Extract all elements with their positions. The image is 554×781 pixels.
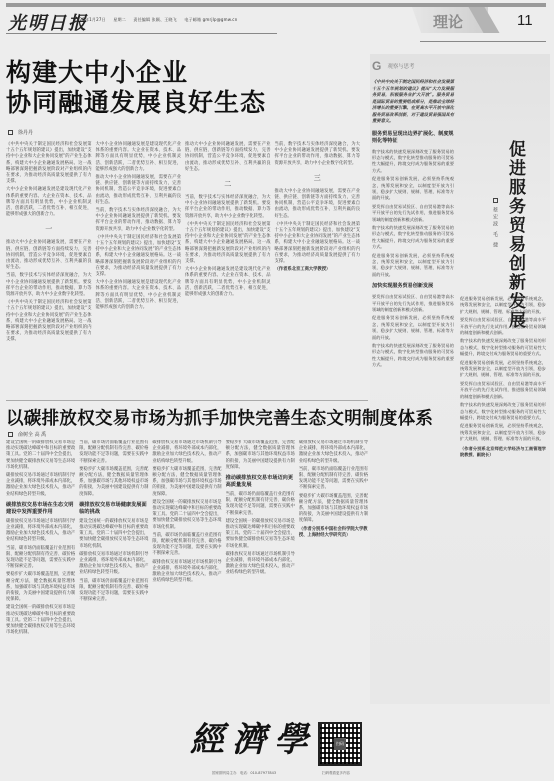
sidebar-column-left: G 观察与思考 《中共中央关于制定国民经济和社会发展第十五个五年规划的建议》提出… bbox=[372, 55, 454, 369]
column-header: G 观察与思考 bbox=[372, 55, 454, 74]
header-divider bbox=[142, 33, 277, 34]
paragraph: 当前，碳市场仍面临覆盖行业范围有限、配额分配机制有待完善、碳价格发现功能不足等问… bbox=[226, 492, 295, 517]
paragraph: 大中小企业协同融通发展是建设现代化产业体系的重要内容。大企业在资本、技术、品牌等… bbox=[96, 280, 182, 311]
article-second-subhead: 推动碳排放权交易市场迈向更高质量发展 bbox=[226, 475, 295, 489]
header-divider bbox=[6, 33, 142, 34]
paragraph: 促进服务贸易创新发展，必须坚持系统观念，统筹发展和安全，以制度型开放为引领，稳步… bbox=[460, 423, 546, 442]
paragraph: 要稳步扩大碳市场覆盖范围，完善配额分配方法，健全数据质量管理体系，加强碳市场与其… bbox=[152, 467, 221, 498]
section-label: 理论 bbox=[433, 11, 463, 32]
column-logo-icon: G bbox=[372, 59, 381, 73]
article-main: 构建大中小企业 协同融通发展良好生态 徐丹丹 《中共中央关于制定国民经济和社会发… bbox=[6, 50, 360, 396]
qr-caption: 扫码观看更多内容 bbox=[322, 771, 350, 776]
paragraph: 当前，碳市场仍面临覆盖行业范围有限、配额分配机制有待完善、碳价格发现功能不足等问… bbox=[152, 533, 221, 558]
paragraph: 当前，数字技术与实体经济深度融合，为大中小企业协同融通发展提供了新契机。要发挥平… bbox=[6, 273, 92, 298]
paragraph: 《中共中央关于制定国民经济和社会发展第十五个五年规划的建议》提出，加快建设“支持… bbox=[6, 142, 92, 185]
paragraph: 大中小企业协同融通发展是建设现代化产业体系的重要内容。大企业在资本、技术、品牌等… bbox=[96, 142, 182, 173]
paragraph: 建设全国统一的碳排放权交易市场是推动实现碳达峰碳中和目标的重要政策工具。党的二十… bbox=[226, 519, 295, 550]
column-name: 观察与思考 bbox=[387, 64, 414, 70]
issue-editors: 责任编辑 张颖、王晓飞 bbox=[133, 17, 176, 22]
sidebar-column-right: 促进服务贸易创新发展，必须坚持系统观念，统筹发展和安全，以制度型开放为引领，稳步… bbox=[460, 296, 546, 458]
paragraph: 促进服务贸易创新发展，必须坚持系统观念，统筹发展和安全，以制度型开放为引领，稳步… bbox=[372, 253, 454, 279]
author-note: （作者系北京工商大学教授） bbox=[275, 267, 361, 273]
paragraph: 碳排放权交易市场通过市场机制引导企业减排，将环境外部成本内部化，激励企业加大绿色… bbox=[6, 519, 75, 544]
banner-title: 經濟學 bbox=[190, 712, 316, 761]
sidebar-subhead: 服务贸易呈现出边界扩展化、制度规则化等特征 bbox=[372, 131, 454, 145]
paragraph: 当前，碳市场仍面临覆盖行业范围有限、配额分配机制有待完善、碳价格发现功能不足等问… bbox=[79, 579, 148, 604]
paragraph: 大中小企业协同融通发展是建设现代化产业体系的重要内容。大企业在资本、技术、品牌等… bbox=[185, 267, 271, 298]
paragraph: 数字技术的快速发展深刻改变了服务贸易的形态与模式，数字化转型推动服务的可贸易性大… bbox=[372, 343, 454, 369]
paragraph: 要发挥自由贸易试验区、自由贸易港等高水平开放平台的先行先试作用，推进服务贸易领域… bbox=[372, 294, 454, 313]
paragraph: 碳排放权交易市场通过市场机制引导企业减排，将环境外部成本内部化，激励企业加大绿色… bbox=[152, 440, 221, 465]
section-number: 二 bbox=[185, 179, 271, 189]
issue-date: 2025年1月27日 bbox=[74, 17, 106, 22]
paragraph: 推动大中小企业协同融通发展，需要在产业链、供应链、创新链等方面持续发力，完善协同… bbox=[185, 142, 271, 173]
article-main-columns: 《中共中央关于制定国民经济和社会发展第十五个五年规划的建议》提出，加快建设“支持… bbox=[6, 142, 360, 396]
paragraph: 当前，数字技术与实体经济深度融合，为大中小企业协同融通发展提供了新契机。要发挥平… bbox=[185, 195, 271, 220]
issue-meta: 2025年1月27日 星期二 责任编辑 张颖、王晓飞 电子邮箱 gmrjlp@g… bbox=[74, 17, 243, 23]
article-second-subhead: 碳排放权交易市场在生态文明建设中发挥重要作用 bbox=[6, 502, 75, 516]
paragraph: 建设全国统一的碳排放权交易市场是推动实现碳达峰碳中和目标的重要政策工具。党的二十… bbox=[6, 440, 75, 471]
paragraph: 碳排放权交易市场通过市场机制引导企业减排，将环境外部成本内部化，激励企业加大绿色… bbox=[226, 552, 295, 577]
section-number: 三 bbox=[275, 173, 361, 183]
paragraph: 当前，数字技术与实体经济深度融合，为大中小企业协同融通发展提供了新契机。要发挥平… bbox=[275, 142, 361, 167]
paragraph: 推动大中小企业协同融通发展，需要在产业链、供应链、创新链等方面持续发力，完善协同… bbox=[96, 175, 182, 206]
paragraph: 数字技术的快速发展深刻改变了服务贸易的形态与模式，数字化转型推动服务的可贸易性大… bbox=[460, 338, 546, 357]
paragraph: 建设全国统一的碳排放权交易市场是推动实现碳达峰碳中和目标的重要政策工具。党的二十… bbox=[6, 605, 75, 636]
paragraph: 要稳步扩大碳市场覆盖范围，完善配额分配方法，健全数据质量管理体系，加强碳市场与其… bbox=[226, 440, 295, 471]
article-second-headline: 以碳排放权交易市场为抓手加快完善生态文明制度体系 bbox=[6, 405, 433, 430]
paragraph: 要发挥自由贸易试验区、自由贸易港等高水平开放平台的先行先试作用，推进服务贸易领域… bbox=[460, 317, 546, 336]
header-divider bbox=[420, 41, 546, 42]
sidebar-subhead: 加快实现服务贸易创新发展 bbox=[372, 283, 454, 290]
author-note: （作者分别系北京师范大学经济与工商管理学院教授、副院长） bbox=[460, 446, 546, 459]
paragraph: 当前，碳市场仍面临覆盖行业范围有限、配额分配机制有待完善、碳价格发现功能不足等问… bbox=[79, 440, 148, 465]
paragraph: 《中共中央关于制定国民经济和社会发展第十五个五年规划的建议》提出，加快建设“支持… bbox=[6, 300, 92, 343]
paragraph: 促进服务贸易创新发展，必须坚持系统观念，统筹发展和安全，以制度型开放为引领，稳步… bbox=[372, 176, 454, 202]
article-divider bbox=[6, 400, 368, 401]
article-second-subhead: 碳排放权交易市场健康发展面临的挑战 bbox=[79, 502, 148, 516]
paragraph: 当前，碳市场仍面临覆盖行业范围有限、配额分配机制有待完善、碳价格发现功能不足等问… bbox=[6, 546, 75, 571]
paragraph: 大中小企业协同融通发展是建设现代化产业体系的重要内容。大企业在资本、技术、品牌等… bbox=[6, 187, 92, 218]
paragraph: 要稳步扩大碳市场覆盖范围，完善配额分配方法，健全数据质量管理体系，加强碳市场与其… bbox=[6, 572, 75, 603]
banner-phone: 电话：010-87977843 bbox=[240, 771, 276, 775]
paragraph: 数字技术的快速发展深刻改变了服务贸易的形态与模式，数字化转型推动服务的可贸易性大… bbox=[460, 402, 546, 421]
banner-publisher: 国家期刊局主办 电话：010-87977843 bbox=[212, 771, 276, 776]
paragraph: 推动大中小企业协同融通发展，需要在产业链、供应链、创新链等方面持续发力，完善协同… bbox=[275, 189, 361, 220]
paragraph: 推动大中小企业协同融通发展，需要在产业链、供应链、创新链等方面持续发力，完善协同… bbox=[6, 240, 92, 271]
qr-center-label: 扫码 bbox=[334, 738, 346, 750]
paragraph: 促进服务贸易创新发展，必须坚持系统观念，统筹发展和安全，以制度型开放为引领，稳步… bbox=[460, 296, 546, 315]
paragraph: 碳排放权交易市场通过市场机制引导企业减排，将环境外部成本内部化，激励企业加大绿色… bbox=[152, 560, 221, 585]
paragraph: 建设全国统一的碳排放权交易市场是推动实现碳达峰碳中和目标的重要政策工具。党的二十… bbox=[152, 500, 221, 531]
sidebar-intro: 《中共中央关于制定国民经济和社会发展第十五个五年规划的建议》提出“大力发展服务贸… bbox=[372, 80, 454, 126]
paragraph: 《中共中央关于制定国民经济和社会发展第十五个五年规划的建议》提出，加快建设“支持… bbox=[185, 222, 271, 265]
article-main-headline: 构建大中小企业 协同融通发展良好生态 bbox=[6, 58, 266, 118]
paragraph: 碳排放权交易市场通过市场机制引导企业减排，将环境外部成本内部化，激励企业加大绿色… bbox=[6, 473, 75, 498]
article-second-byline: 俞树全 高 禹 bbox=[8, 431, 46, 438]
article-main-byline: 徐丹丹 bbox=[8, 129, 33, 136]
paragraph: 当前，数字技术与实体经济深度融合，为大中小企业协同融通发展提供了新契机。要发挥平… bbox=[96, 208, 182, 233]
byline-box-icon bbox=[8, 130, 13, 135]
paragraph: 要稳步扩大碳市场覆盖范围，完善配额分配方法，健全数据质量管理体系，加强碳市场与其… bbox=[79, 467, 148, 498]
sidebar-authors: 蔡宏波 毛 捷 bbox=[492, 198, 499, 249]
paragraph: 要发挥自由贸易试验区、自由贸易港等高水平开放平台的先行先试作用，推进服务贸易领域… bbox=[372, 204, 454, 223]
paragraph: 促进服务贸易创新发展，必须坚持系统观念，统筹发展和安全，以制度型开放为引领，稳步… bbox=[372, 315, 454, 341]
issue-weekday: 星期二 bbox=[113, 17, 126, 22]
byline-box-icon bbox=[8, 432, 13, 437]
article-second-columns: 建设全国统一的碳排放权交易市场是推动实现碳达峰碳中和目标的重要政策工具。党的二十… bbox=[6, 440, 368, 702]
paragraph: 《中共中央关于制定国民经济和社会发展第十五个五年规划的建议》提出，加快建设“支持… bbox=[275, 222, 361, 265]
paragraph: 促进服务贸易创新发展，必须坚持系统观念，统筹发展和安全，以制度型开放为引领，稳步… bbox=[460, 360, 546, 379]
page-number: 11 bbox=[517, 12, 533, 29]
section-number: 一 bbox=[6, 224, 92, 234]
paragraph: 要稳步扩大碳市场覆盖范围，完善配额分配方法，健全数据质量管理体系，加强碳市场与其… bbox=[299, 494, 368, 525]
paragraph: 碳排放权交易市场通过市场机制引导企业减排，将环境外部成本内部化，激励企业加大绿色… bbox=[299, 440, 368, 465]
paragraph: 建设全国统一的碳排放权交易市场是推动实现碳达峰碳中和目标的重要政策工具。党的二十… bbox=[79, 519, 148, 550]
paragraph: 要发挥自由贸易试验区、自由贸易港等高水平开放平台的先行先试作用，推进服务贸易领域… bbox=[460, 381, 546, 400]
paragraph: 碳排放权交易市场通过市场机制引导企业减排，将环境外部成本内部化，激励企业加大绿色… bbox=[79, 552, 148, 577]
issue-email: 电子邮箱 gmrjlp@gmw.cn bbox=[184, 17, 237, 22]
byline-box-icon bbox=[493, 198, 498, 203]
author-note: （作者分别系中国社会科学院大学教授、上海财经大学研究员） bbox=[299, 527, 368, 539]
paragraph: 数字技术的快速发展深刻改变了服务贸易的形态与模式，数字化转型推动服务的可贸易性大… bbox=[372, 149, 454, 175]
paragraph: 《中共中央关于制定国民经济和社会发展第十五个五年规划的建议》提出，加快建设“支持… bbox=[96, 235, 182, 278]
bottom-banner: 經濟學 扫码 国家期刊局主办 电话：010-87977843 扫码观看更多内容 bbox=[190, 704, 370, 778]
paragraph: 当前，碳市场仍面临覆盖行业范围有限、配额分配机制有待完善、碳价格发现功能不足等问… bbox=[299, 467, 368, 492]
paragraph: 数字技术的快速发展深刻改变了服务贸易的形态与模式，数字化转型推动服务的可贸易性大… bbox=[372, 225, 454, 251]
